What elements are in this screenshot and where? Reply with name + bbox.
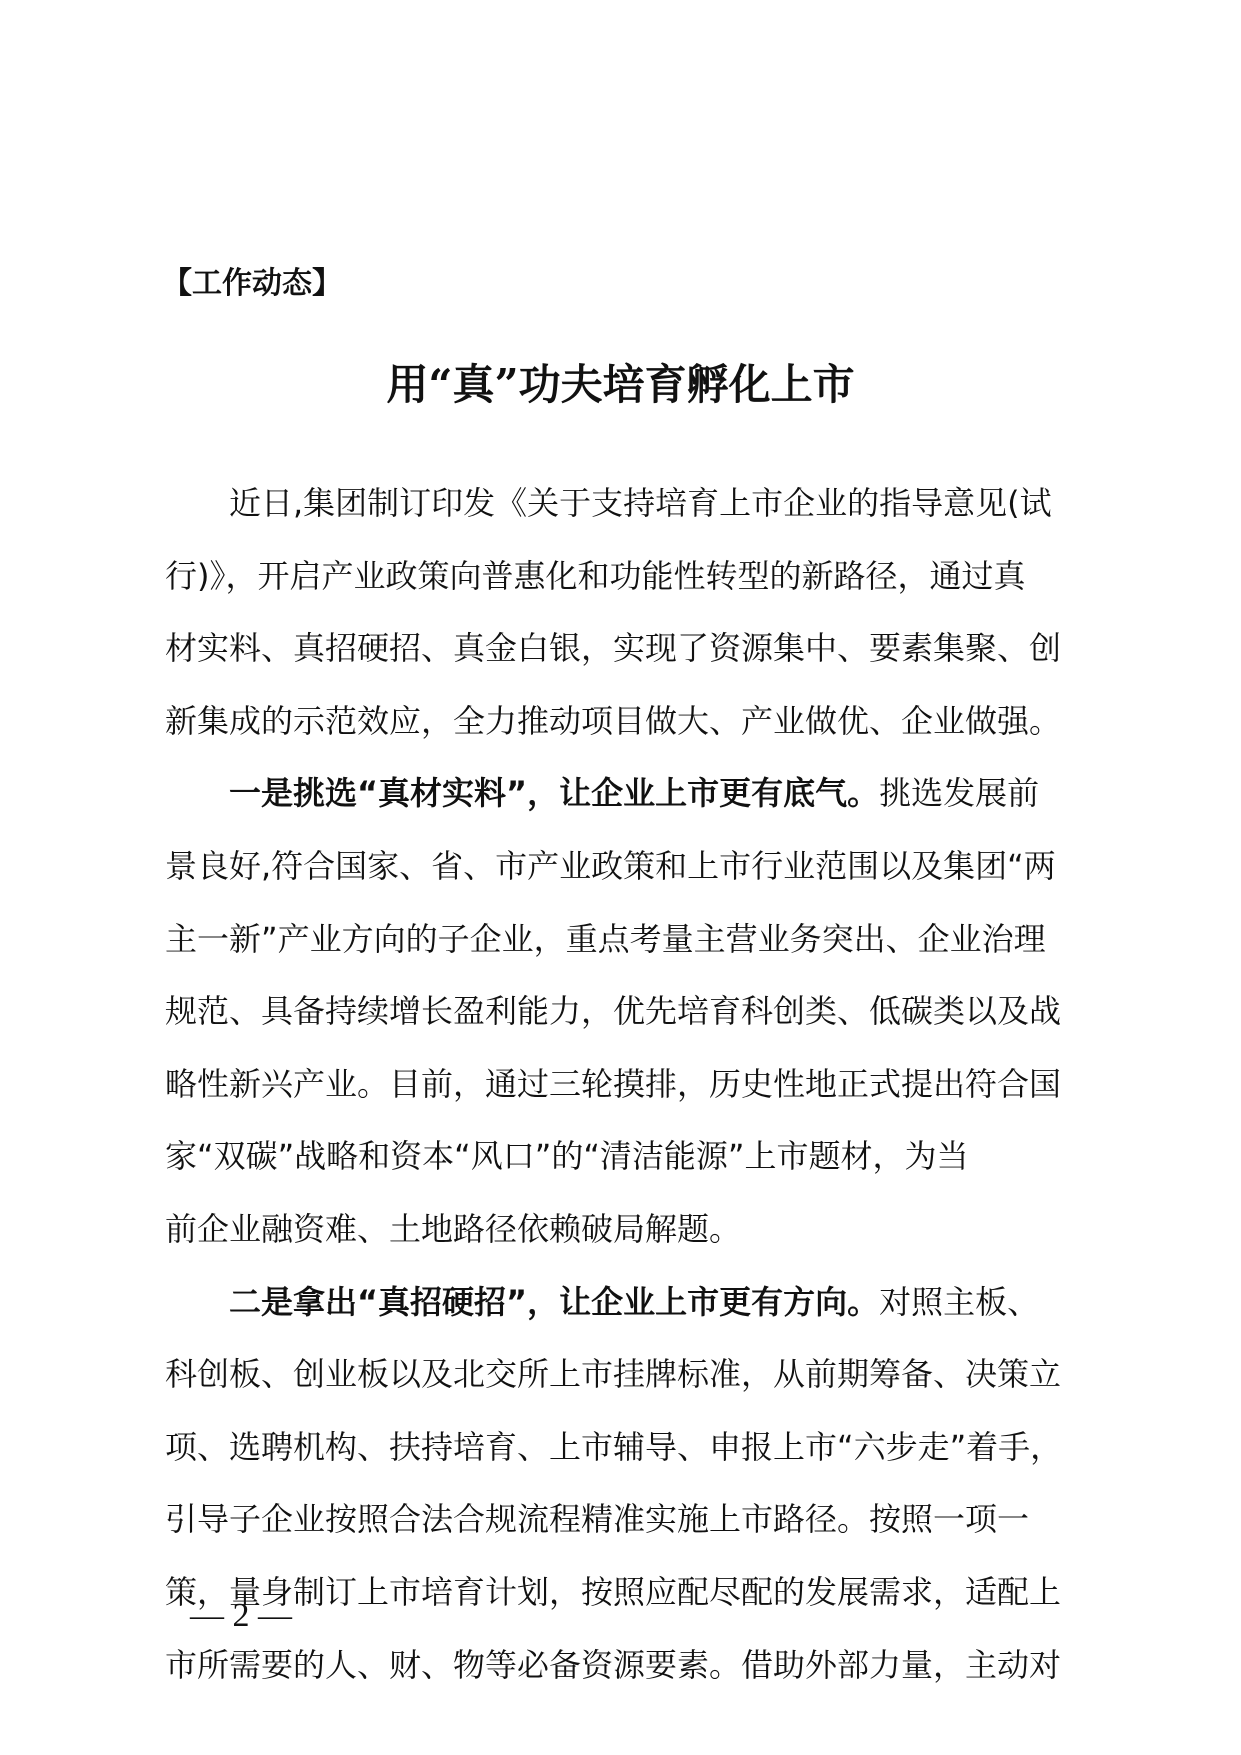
paragraph-2-lead: 一是挑选“真材实料”，让企业上市更有底气。 [229,774,879,812]
article-title: 用“真”功夫培育孵化上市 [0,355,1241,415]
paragraph-2-line-3: 主一新”产业方向的子企业，重点考量主营业务突出、企业治理 [165,903,965,976]
paragraph-3-line-1-text: 对照主板、 [879,1283,1039,1321]
paragraph-2-line-5: 略性新兴产业。目前，通过三轮摸排，历史性地正式提出符合国 [165,1048,965,1121]
paragraph-1-line-4: 新集成的示范效应，全力推动项目做大、产业做优、企业做强。 [165,685,965,758]
paragraph-2-line-1: 一是挑选“真材实料”，让企业上市更有底气。挑选发展前 [165,757,965,830]
paragraph-1-line-3: 材实料、真招硬招、真金白银，实现了资源集中、要素集聚、创 [165,612,965,685]
paragraph-2-line-2: 景良好,符合国家、省、市产业政策和上市行业范围以及集团“两 [165,830,965,903]
document-page: 【工作动态】 用“真”功夫培育孵化上市 近日,集团制订印发《关于支持培育上市企业… [0,0,1241,1755]
paragraph-2-line-1-text: 挑选发展前 [879,774,1039,812]
column-tag: 【工作动态】 [162,262,342,306]
paragraph-3-lead: 二是拿出“真招硬招”，让企业上市更有方向。 [229,1283,879,1321]
paragraph-3-line-1: 二是拿出“真招硬招”，让企业上市更有方向。对照主板、 [165,1266,965,1339]
paragraph-2-line-4: 规范、具备持续增长盈利能力，优先培育科创类、低碳类以及战 [165,975,965,1048]
paragraph-3-line-4: 引导子企业按照合法合规流程精准实施上市路径。按照一项一 [165,1483,965,1556]
paragraph-1-line-2: 行)》，开启产业政策向普惠化和功能性转型的新路径，通过真 [165,540,965,613]
article-body: 近日,集团制订印发《关于支持培育上市企业的指导意见(试 行)》，开启产业政策向普… [165,467,965,1701]
paragraph-1-line-1: 近日,集团制订印发《关于支持培育上市企业的指导意见(试 [165,467,965,540]
paragraph-2-line-7: 前企业融资难、土地路径依赖破局解题。 [165,1193,965,1266]
paragraph-3-line-3: 项、选聘机构、扶持培育、上市辅导、申报上市“六步走”着手， [165,1411,965,1484]
page-number: — 2 — [190,1594,292,1638]
paragraph-2-line-6: 家“双碳”战略和资本“风口”的“清洁能源”上市题材，为当 [165,1120,965,1193]
paragraph-3-line-6: 市所需要的人、财、物等必备资源要素。借助外部力量，主动对 [165,1629,965,1702]
paragraph-3-line-2: 科创板、创业板以及北交所上市挂牌标准，从前期筹备、决策立 [165,1338,965,1411]
